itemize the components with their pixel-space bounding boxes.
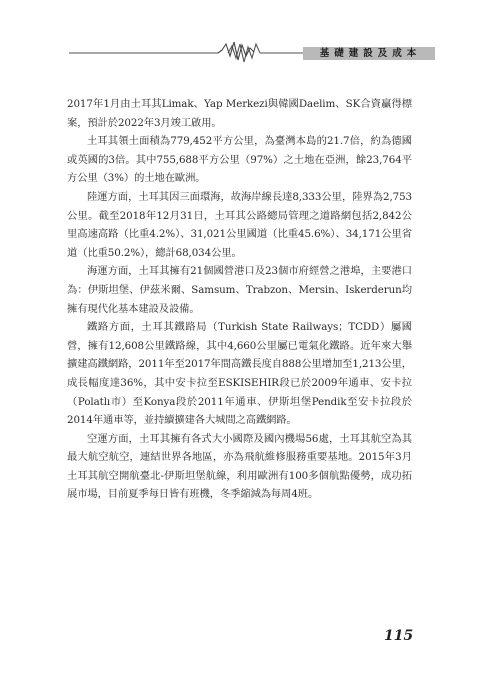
paragraph-air-transport: 空運方面，土耳其擁有各式大小國際及國內機場56處，土耳其航空為其最大航空航空，連… [67, 430, 412, 504]
paragraph-maritime: 海運方面，土耳其擁有21個國營港口及23個市府經營之港埠，主要港口為：伊斯坦堡、… [67, 262, 412, 318]
paragraph-land-transport: 陸運方面，土耳其因三面環海，故海岸線長達8,333公里，陸界為2,753公里。截… [67, 188, 412, 262]
page-number: 115 [384, 628, 413, 644]
body-text: 2017年1月由土耳其Limak、Yap Merkezi與韓國Daelim、SK… [67, 95, 412, 504]
paragraph-railway-continuation: 2017年1月由土耳其Limak、Yap Merkezi與韓國Daelim、SK… [67, 95, 412, 132]
page-header: 基礎建設及成本 [0, 0, 480, 70]
paragraph-railway: 鐵路方面，土耳其鐵路局（Turkish State Railways；TCDD）… [67, 318, 412, 430]
section-title: 基礎建設及成本 [303, 47, 435, 60]
paragraph-territory: 土耳其領土面積為779,452平方公里，為臺灣本島的21.7倍，約為德國或英國的… [67, 132, 412, 188]
